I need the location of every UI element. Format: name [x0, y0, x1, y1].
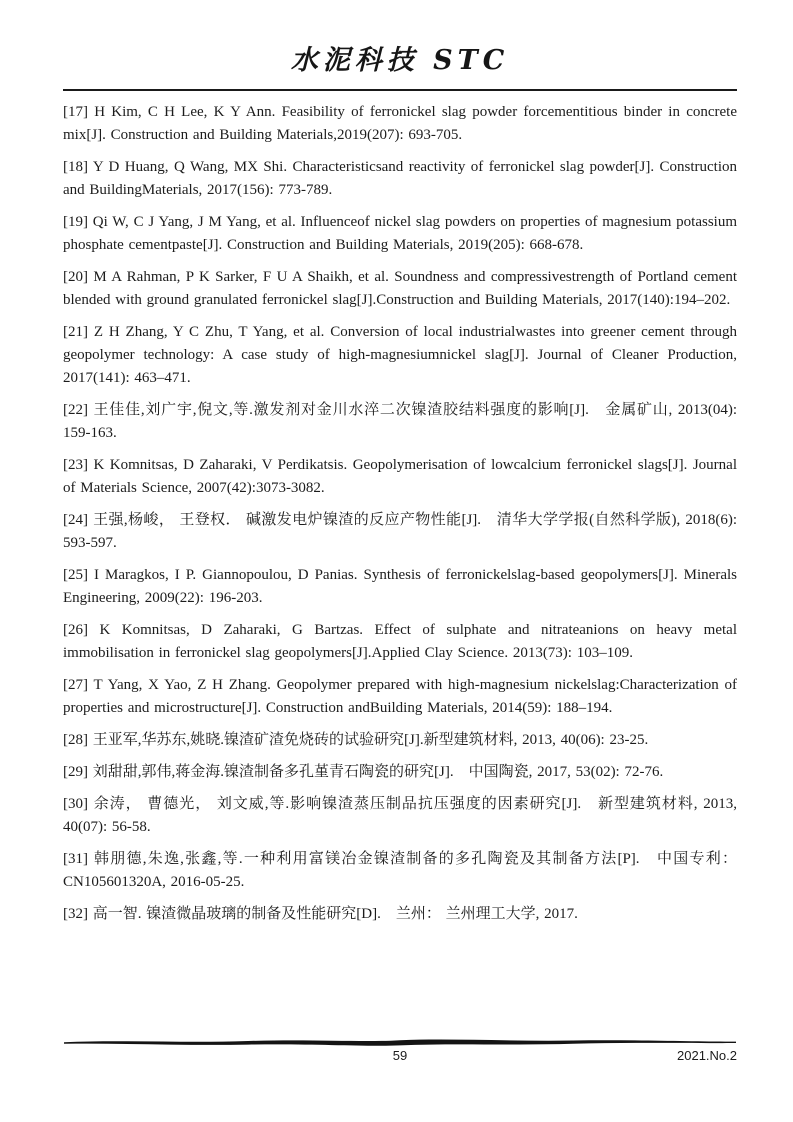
header-rule: [63, 89, 737, 91]
reference-item: [27] T Yang, X Yao, Z H Zhang. Geopolyme…: [63, 674, 737, 720]
page-content: 水泥科技 STC [17] H Kim, C H Lee, K Y Ann. F…: [63, 30, 737, 935]
reference-list: [17] H Kim, C H Lee, K Y Ann. Feasibilit…: [63, 101, 737, 926]
page-footer: 59 2021.No.2: [63, 1037, 737, 1066]
reference-item: [29] 刘甜甜,郭伟,蒋金海.镍渣制备多孔堇青石陶瓷的研究[J]. 中国陶瓷,…: [63, 761, 737, 784]
reference-item: [23] K Komnitsas, D Zaharaki, V Perdikat…: [63, 454, 737, 500]
document-page: 水泥科技 STC [17] H Kim, C H Lee, K Y Ann. F…: [0, 0, 793, 1122]
reference-item: [18] Y D Huang, Q Wang, MX Shi. Characte…: [63, 156, 737, 202]
page-number: 59: [393, 1048, 407, 1063]
reference-item: [32] 高一智. 镍渣微晶玻璃的制备及性能研究[D]. 兰州： 兰州理工大学,…: [63, 903, 737, 926]
reference-item: [19] Qi W, C J Yang, J M Yang, et al. In…: [63, 211, 737, 257]
reference-item: [26] K Komnitsas, D Zaharaki, G Bartzas.…: [63, 619, 737, 665]
reference-item: [30] 余涛， 曹德光， 刘文威,等.影响镍渣蒸压制品抗压强度的因素研究[J]…: [63, 793, 737, 839]
reference-item: [22] 王佳佳,刘广宇,倪文,等.激发剂对金川水淬二次镍渣胶结料强度的影响[J…: [63, 399, 737, 445]
reference-item: [20] M A Rahman, P K Sarker, F U A Shaik…: [63, 266, 737, 312]
issue-number: 2021.No.2: [677, 1048, 737, 1063]
reference-item: [31] 韩朋德,朱逸,张鑫,等.一种利用富镁冶金镍渣制备的多孔陶瓷及其制备方法…: [63, 848, 737, 894]
reference-item: [25] I Maragkos, I P. Giannopoulou, D Pa…: [63, 564, 737, 610]
footer-row: 59 2021.No.2: [63, 1048, 737, 1066]
journal-header-title: 水泥科技 STC: [63, 38, 737, 77]
footer-rule: [63, 1037, 737, 1048]
reference-item: [21] Z H Zhang, Y C Zhu, T Yang, et al. …: [63, 321, 737, 390]
reference-item: [24] 王强,杨峻， 王登权． 碱激发电炉镍渣的反应产物性能[J]. 清华大学…: [63, 509, 737, 555]
reference-item: [17] H Kim, C H Lee, K Y Ann. Feasibilit…: [63, 101, 737, 147]
reference-item: [28] 王亚军,华苏东,姚晓.镍渣矿渣免烧砖的试验研究[J].新型建筑材料, …: [63, 729, 737, 752]
